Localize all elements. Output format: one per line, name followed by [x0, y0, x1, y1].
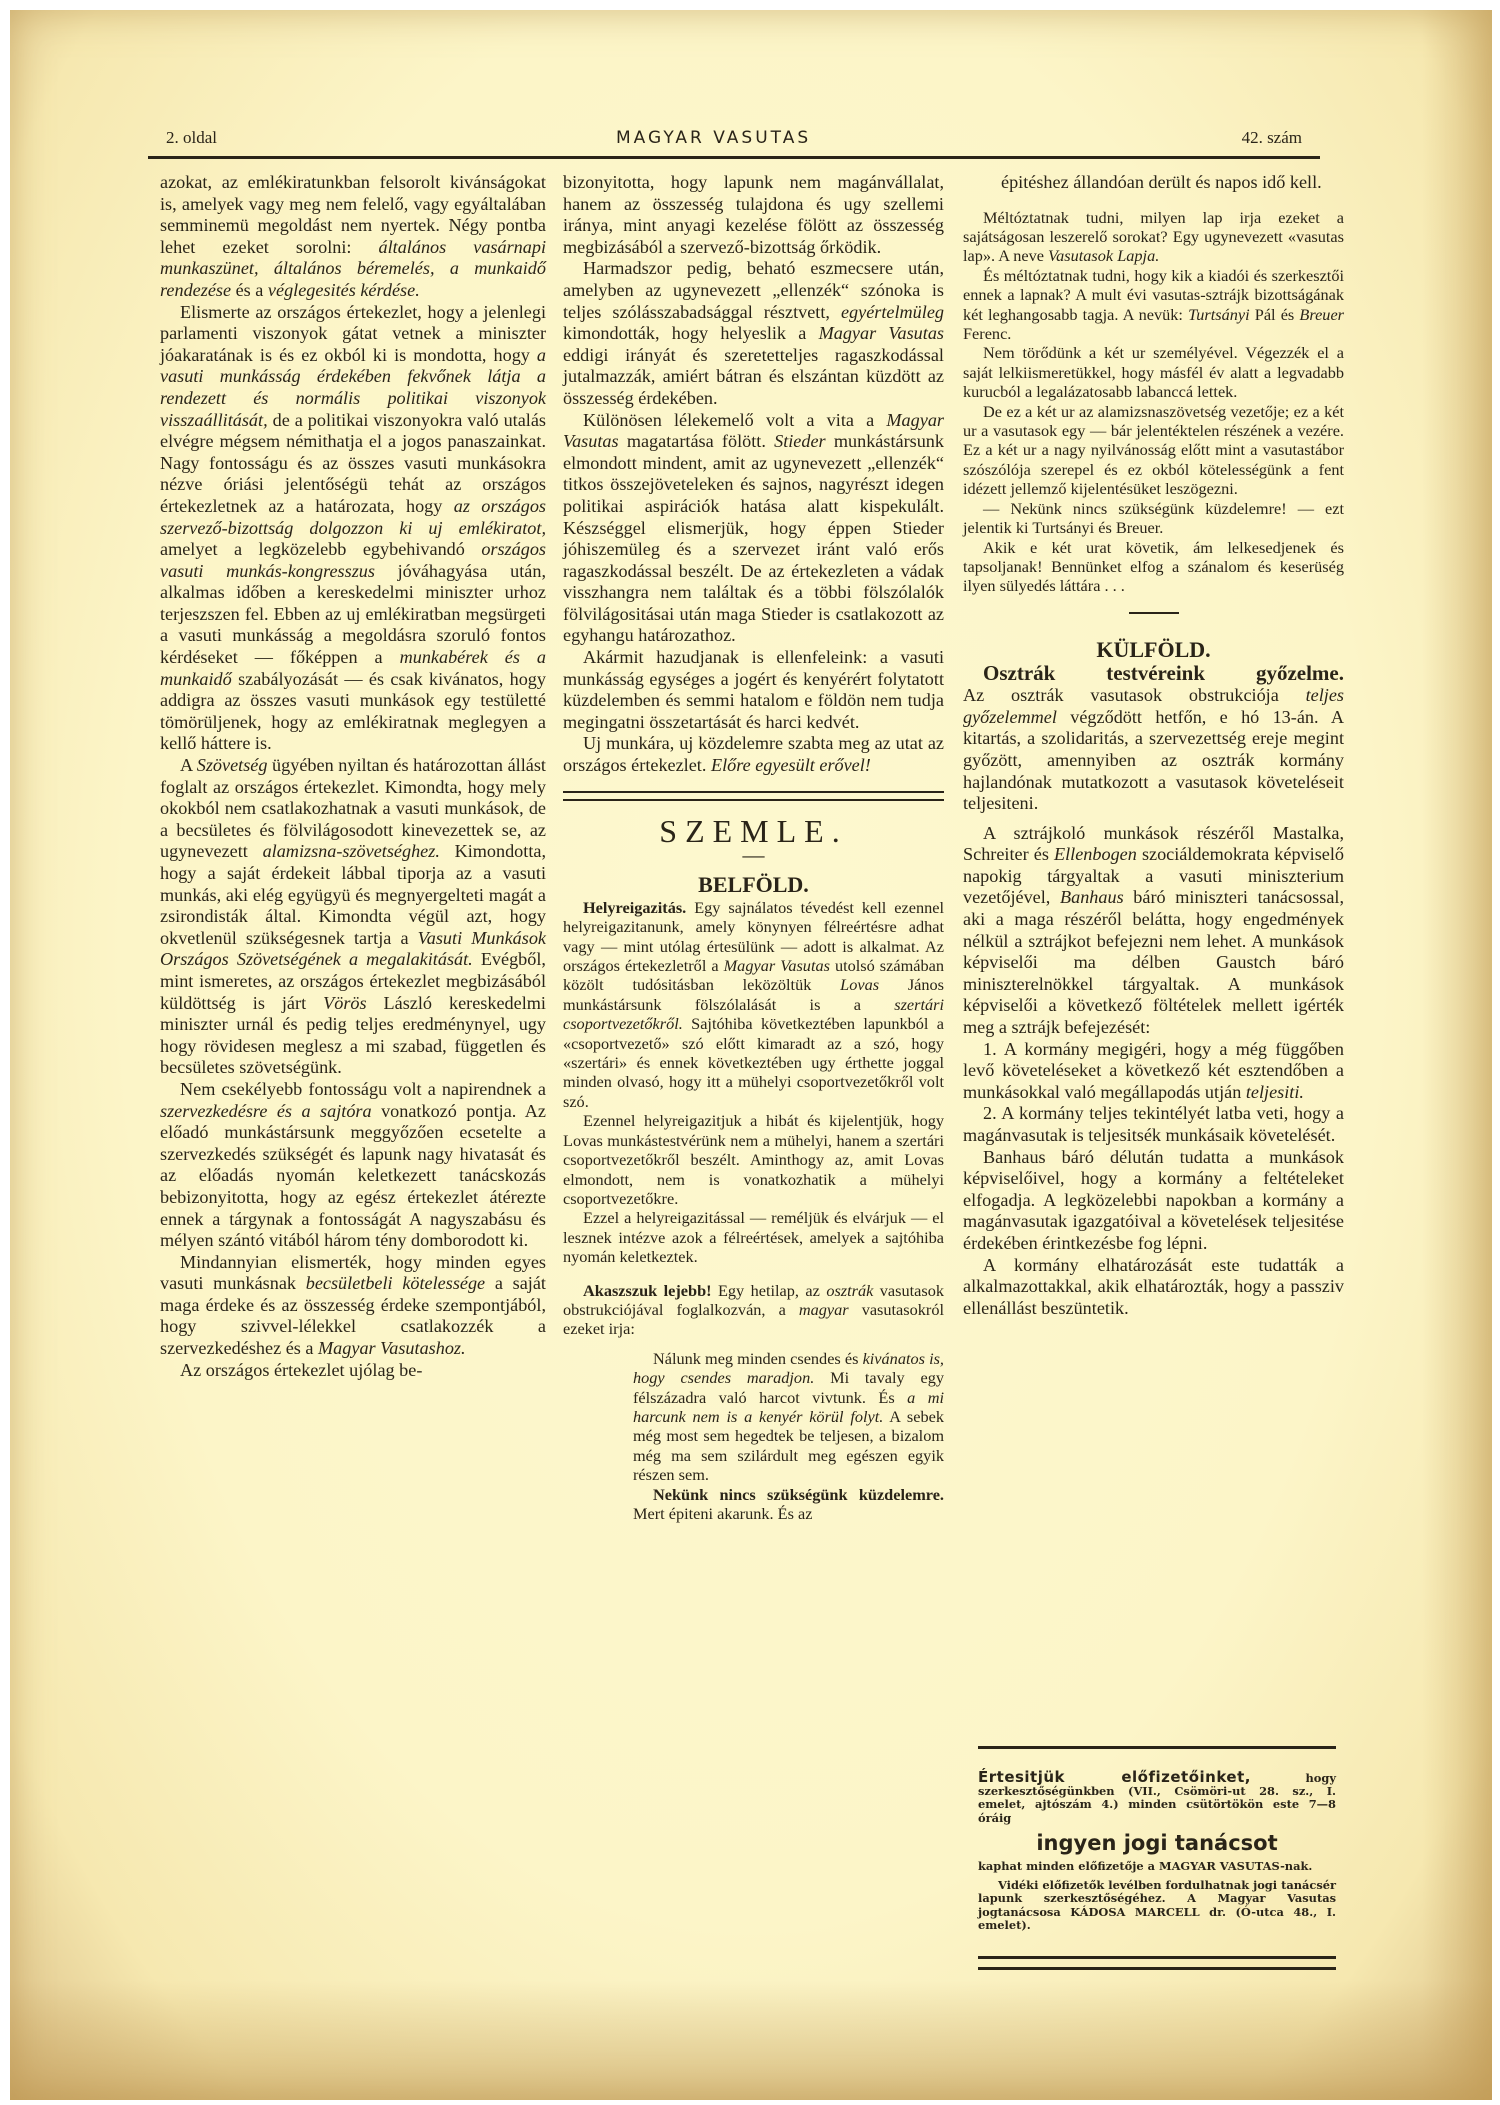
kulfold-article: Az osztrák vasutasok obstrukciója teljes… — [963, 685, 1344, 1319]
paragraph: Nem csekélyebb fontosságu volt a napiren… — [160, 1079, 546, 1252]
paragraph: A sztrájkoló munkások részéről Mastalka,… — [963, 823, 1344, 1039]
paragraph: Az osztrák vasutasok obstrukciója teljes… — [963, 685, 1344, 815]
paragraph: Mindannyian elismerték, hogy minden egye… — [160, 1252, 546, 1360]
paragraph: Különösen lélekemelő volt a vita a Magya… — [563, 410, 944, 648]
short-separator — [1129, 612, 1179, 614]
subscriber-notice: Értesitjük előfizetőinket, hogy szerkesz… — [978, 1746, 1336, 1970]
paragraph: Harmadszor pedig, beható eszmecsere után… — [563, 258, 944, 409]
paragraph: 2. A kormány teljes tekintélyét latba ve… — [963, 1103, 1344, 1146]
paragraph: Akármit hazudjanak is ellenfeleink: a va… — [563, 647, 944, 733]
section-divider — [563, 791, 944, 801]
paragraph: bizonyitotta, hogy lapunk nem magánválla… — [563, 172, 944, 258]
paragraph: A Szövetség ügyében nyiltan és határozot… — [160, 755, 546, 1079]
notice-line: kaphat minden előfizetője a MAGYAR VASUT… — [978, 1860, 1336, 1873]
paragraph: — Nekünk nincs szükségünk küzdelemre! — … — [963, 499, 1344, 538]
column-2: bizonyitotta, hogy lapunk nem magánválla… — [563, 172, 944, 1523]
paragraph: Nem törődünk a két ur személyével. Végez… — [963, 343, 1344, 401]
belfold-news: Helyreigazitás. Egy sajnálatos tévedést … — [563, 898, 944, 1524]
paragraph: Ezennel helyreigazitjuk a hibát és kijel… — [563, 1111, 944, 1208]
newspaper-page: 2. oldal MAGYAR VASUTAS 42. szám azokat,… — [10, 10, 1492, 2100]
subsection-title-kulfold: KÜLFÖLD. — [963, 640, 1344, 659]
section-title-szemle: SZEMLE. — [563, 821, 944, 843]
paragraph: Akik e két urat követik, ám lelkesedjene… — [963, 538, 1344, 596]
issue-number: 42. szám — [1242, 128, 1302, 148]
page-header: 2. oldal MAGYAR VASUTAS 42. szám — [158, 128, 1318, 152]
notice-top-rule — [978, 1746, 1336, 1749]
paragraph: Méltóztatnak tudni, milyen lap irja ezek… — [963, 208, 1344, 266]
paragraph: 1. A kormány megigéri, hogy a még függőb… — [963, 1039, 1344, 1104]
paragraph: A kormány elhatározását este tudatták a … — [963, 1255, 1344, 1320]
paragraph: De ez a két ur az alamizsnaszövetség vez… — [963, 402, 1344, 499]
block-quote: Nálunk meg minden csendes és kivánatos i… — [563, 1349, 944, 1524]
news-item-helyreigazitas: Helyreigazitás. Egy sajnálatos tévedést … — [563, 898, 944, 1111]
title-dash: — — [563, 846, 944, 864]
block-quote-continued: épitéshez állandóan derült és napos idő … — [963, 172, 1344, 194]
page-number: 2. oldal — [166, 128, 217, 148]
column-1: azokat, az emlékiratunkban felsorolt kiv… — [160, 172, 546, 1381]
header-rule — [148, 156, 1320, 159]
notice-line: Vidéki előfizetők levélben fordulhatnak … — [978, 1879, 1336, 1932]
paragraph: Uj munkára, uj közdelemre szabta meg az … — [563, 733, 944, 776]
news-item-akaszszuk: Akaszszuk lejebb! Egy hetilap, az osztrá… — [563, 1281, 944, 1339]
paragraph: Banhaus báró délután tudatta a munkások … — [963, 1147, 1344, 1255]
notice-headline: ingyen jogi tanácsot — [978, 1837, 1336, 1850]
paragraph: És méltóztatnak tudni, hogy kik a kiadói… — [963, 266, 1344, 344]
publication-title: MAGYAR VASUTAS — [616, 128, 811, 148]
paragraph: Ezzel a helyreigazitással — reméljük és … — [563, 1208, 944, 1266]
article-headline: Osztrák testvéreink győzelme. — [963, 661, 1344, 685]
subsection-title-belfold: BELFÖLD. — [563, 874, 944, 896]
paragraph: azokat, az emlékiratunkban felsorolt kiv… — [160, 172, 546, 302]
column-3: épitéshez állandóan derült és napos idő … — [963, 172, 1344, 1319]
paragraph: Az országos értekezlet ujólag be- — [160, 1360, 546, 1382]
notice-bottom-rule — [978, 1956, 1336, 1970]
paragraph: Elismerte az országos értekezlet, hogy a… — [160, 302, 546, 755]
